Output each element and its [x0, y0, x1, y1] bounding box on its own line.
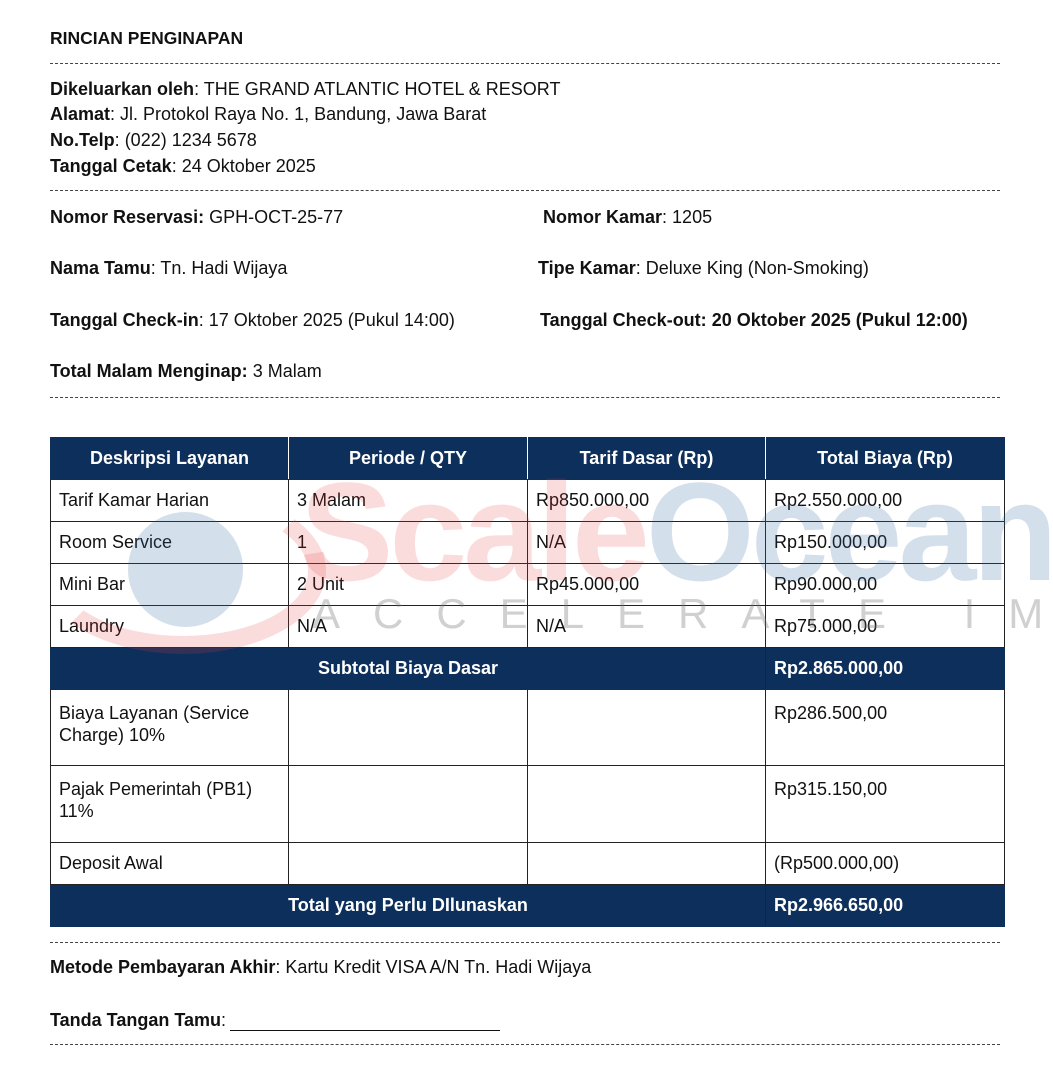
table-cell: 2 Unit	[289, 564, 528, 606]
signature-line: Tanda Tangan Tamu:	[50, 1010, 500, 1031]
checkout-value: 20 Oktober 2025 (Pukul 12:00)	[712, 310, 968, 330]
checkin-line: Tanggal Check-in: 17 Oktober 2025 (Pukul…	[50, 310, 455, 331]
checkout-label: Tanggal Check-out:	[540, 310, 707, 330]
signature-label: Tanda Tangan Tamu	[50, 1010, 221, 1030]
reservation-no-value: GPH-OCT-25-77	[209, 207, 343, 227]
nights-value: 3 Malam	[253, 361, 322, 381]
room-no-line: Nomor Kamar: 1205	[543, 207, 712, 228]
column-header: Tarif Dasar (Rp)	[528, 438, 766, 480]
table-cell: Rp2.550.000,00	[766, 480, 1005, 522]
payment-method-line: Metode Pembayaran Akhir: Kartu Kredit VI…	[50, 957, 591, 978]
checkin-label: Tanggal Check-in	[50, 310, 199, 330]
column-header: Deskripsi Layanan	[51, 438, 289, 480]
subtotal-value: Rp2.865.000,00	[766, 648, 1005, 690]
payment-method-value: Kartu Kredit VISA A/N Tn. Hadi Wijaya	[285, 957, 591, 977]
table-cell: Tarif Kamar Harian	[51, 480, 289, 522]
checkin-value: 17 Oktober 2025 (Pukul 14:00)	[209, 310, 455, 330]
address-value: Jl. Protokol Raya No. 1, Bandung, Jawa B…	[120, 104, 486, 124]
charges-table: Deskripsi Layanan Periode / QTY Tarif Da…	[50, 437, 1005, 927]
column-header: Total Biaya (Rp)	[766, 438, 1005, 480]
print-date-value: 24 Oktober 2025	[182, 156, 316, 176]
reservation-no-line: Nomor Reservasi: GPH-OCT-25-77	[50, 207, 343, 228]
table-cell: Biaya Layanan (Service Charge) 10%	[51, 690, 289, 766]
table-cell	[289, 843, 528, 885]
subtotal-label: Subtotal Biaya Dasar	[51, 648, 766, 690]
table-cell: Room Service	[51, 522, 289, 564]
table-cell: Rp286.500,00	[766, 690, 1005, 766]
table-cell	[289, 766, 528, 843]
table-cell	[528, 690, 766, 766]
table-cell: N/A	[528, 606, 766, 648]
guest-name-label: Nama Tamu	[50, 258, 151, 278]
table-cell: Laundry	[51, 606, 289, 648]
table-cell	[528, 766, 766, 843]
subtotal-row: Subtotal Biaya Dasar Rp2.865.000,00	[51, 648, 1005, 690]
table-cell: Rp75.000,00	[766, 606, 1005, 648]
print-date-line: Tanggal Cetak: 24 Oktober 2025	[50, 156, 316, 177]
table-cell: Rp150.000,00	[766, 522, 1005, 564]
phone-line: No.Telp: (022) 1234 5678	[50, 130, 257, 151]
total-value: Rp2.966.650,00	[766, 885, 1005, 927]
table-cell: Rp45.000,00	[528, 564, 766, 606]
table-cell: N/A	[528, 522, 766, 564]
table-cell: Rp90.000,00	[766, 564, 1005, 606]
address-label: Alamat	[50, 104, 110, 124]
nights-line: Total Malam Menginap: 3 Malam	[50, 361, 322, 382]
table-cell: Rp315.150,00	[766, 766, 1005, 843]
table-row: Deposit Awal (Rp500.000,00)	[51, 843, 1005, 885]
table-cell: 1	[289, 522, 528, 564]
room-no-value: 1205	[672, 207, 712, 227]
nights-label: Total Malam Menginap:	[50, 361, 248, 381]
guest-name-line: Nama Tamu: Tn. Hadi Wijaya	[50, 258, 287, 279]
issued-by-line: Dikeluarkan oleh: THE GRAND ATLANTIC HOT…	[50, 79, 560, 100]
table-row: Pajak Pemerintah (PB1) 11% Rp315.150,00	[51, 766, 1005, 843]
table-row: Room Service 1 N/A Rp150.000,00	[51, 522, 1005, 564]
room-type-label: Tipe Kamar	[538, 258, 636, 278]
room-no-label: Nomor Kamar	[543, 207, 662, 227]
table-row: Tarif Kamar Harian 3 Malam Rp850.000,00 …	[51, 480, 1005, 522]
document-title: RINCIAN PENGINAPAN	[50, 28, 243, 49]
checkout-line: Tanggal Check-out: 20 Oktober 2025 (Puku…	[540, 310, 968, 331]
table-cell: Pajak Pemerintah (PB1) 11%	[51, 766, 289, 843]
signature-field[interactable]	[230, 1012, 500, 1031]
total-label: Total yang Perlu DIlunaskan	[51, 885, 766, 927]
table-row: Biaya Layanan (Service Charge) 10% Rp286…	[51, 690, 1005, 766]
column-header: Periode / QTY	[289, 438, 528, 480]
guest-name-value: Tn. Hadi Wijaya	[160, 258, 287, 278]
payment-method-label: Metode Pembayaran Akhir	[50, 957, 275, 977]
issued-by-label: Dikeluarkan oleh	[50, 79, 194, 99]
phone-label: No.Telp	[50, 130, 115, 150]
table-cell	[528, 843, 766, 885]
divider	[50, 190, 1000, 191]
room-type-line: Tipe Kamar: Deluxe King (Non-Smoking)	[538, 258, 869, 279]
table-cell: 3 Malam	[289, 480, 528, 522]
table-cell: Rp850.000,00	[528, 480, 766, 522]
total-row: Total yang Perlu DIlunaskan Rp2.966.650,…	[51, 885, 1005, 927]
issued-by-value: THE GRAND ATLANTIC HOTEL & RESORT	[204, 79, 561, 99]
reservation-no-label: Nomor Reservasi:	[50, 207, 204, 227]
table-row: Mini Bar 2 Unit Rp45.000,00 Rp90.000,00	[51, 564, 1005, 606]
address-line: Alamat: Jl. Protokol Raya No. 1, Bandung…	[50, 104, 486, 125]
table-header-row: Deskripsi Layanan Periode / QTY Tarif Da…	[51, 438, 1005, 480]
table-cell	[289, 690, 528, 766]
table-cell: Deposit Awal	[51, 843, 289, 885]
divider	[50, 397, 1000, 398]
table-row: Laundry N/A N/A Rp75.000,00	[51, 606, 1005, 648]
phone-value: (022) 1234 5678	[125, 130, 257, 150]
divider	[50, 942, 1000, 943]
table-cell: N/A	[289, 606, 528, 648]
room-type-value: Deluxe King (Non-Smoking)	[646, 258, 869, 278]
table-cell: (Rp500.000,00)	[766, 843, 1005, 885]
divider	[50, 1044, 1000, 1045]
print-date-label: Tanggal Cetak	[50, 156, 172, 176]
divider	[50, 63, 1000, 64]
table-cell: Mini Bar	[51, 564, 289, 606]
